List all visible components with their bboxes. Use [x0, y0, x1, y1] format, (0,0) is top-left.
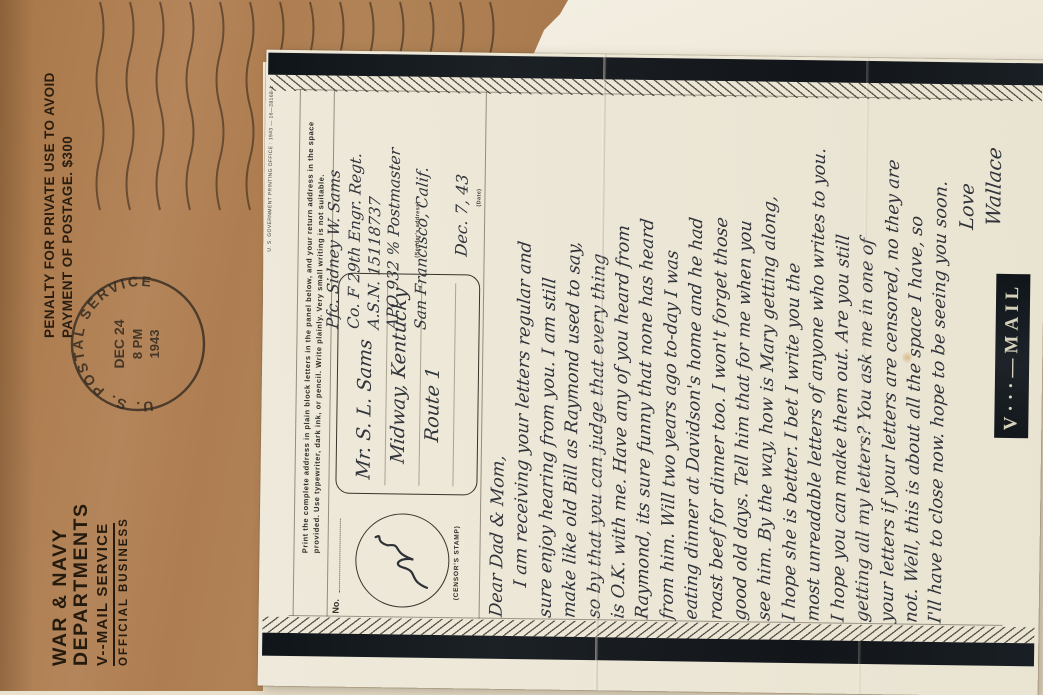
- censor-number-field: [339, 519, 341, 593]
- vmail-scan: PENALTY FOR PRIVATE USE TO AVOID PAYMENT…: [0, 0, 1043, 695]
- censor-stamp-label: (CENSOR'S STAMP): [453, 525, 461, 600]
- sender-address-caption: (Sender's address): [415, 201, 422, 258]
- date-caption: (Date): [476, 189, 482, 207]
- vmail-letter-wrap: U. S. GOVERNMENT PRINTING OFFICE : 1943 …: [258, 50, 1043, 695]
- recipient-name: Mr. S. L. Sams: [353, 338, 377, 480]
- sender-address-block: Pfc. Sidney W. Sams Co. F 29th Engr. Reg…: [323, 66, 436, 329]
- vmail-letter-sheet: U. S. GOVERNMENT PRINTING OFFICE : 1943 …: [258, 50, 1043, 695]
- recipient-route: Route 1: [421, 366, 444, 444]
- vmail-logo: V···—MAIL: [994, 274, 1030, 438]
- postmark-date: DEC 24: [111, 319, 127, 368]
- censor-number-label: No.: [331, 599, 341, 614]
- letter-body: Dear Dad & Mom,I am receiving your lette…: [485, 89, 956, 623]
- corner-card-line-3: V--MAIL SERVICE: [94, 523, 115, 666]
- corner-card-line-1: WAR & NAVY: [50, 424, 71, 666]
- address-guide-line: [452, 283, 456, 486]
- sender-apo: APO 932 % Postmaster: [384, 66, 407, 330]
- printer-imprint: U. S. GOVERNMENT PRINTING OFFICE : 1943 …: [267, 86, 275, 252]
- letter-closing: Love: [956, 182, 979, 231]
- corner-card-line-2: DEPARTMENTS: [71, 424, 92, 666]
- censor-signature: [361, 517, 446, 602]
- corner-card-line-4: OFFICIAL BUSINESS: [118, 424, 130, 666]
- postmark-year: 1943: [147, 330, 162, 359]
- postmark-time: 8 PM: [130, 329, 145, 359]
- corner-card: WAR & NAVY DEPARTMENTS V--MAIL SERVICE O…: [50, 424, 138, 666]
- sender-city: San Francisco, Calif.: [411, 67, 436, 331]
- penalty-line-1: PENALTY FOR PRIVATE USE TO AVOID: [42, 46, 57, 338]
- letter-signature: Wallace: [981, 146, 1006, 227]
- postmark: U. S. POSTAL SERVICE DEC 24 8 PM 1943: [60, 266, 216, 422]
- letter-date: Dec. 7, 43: [452, 173, 472, 257]
- vmail-logo-text: V···—MAIL: [1000, 282, 1024, 431]
